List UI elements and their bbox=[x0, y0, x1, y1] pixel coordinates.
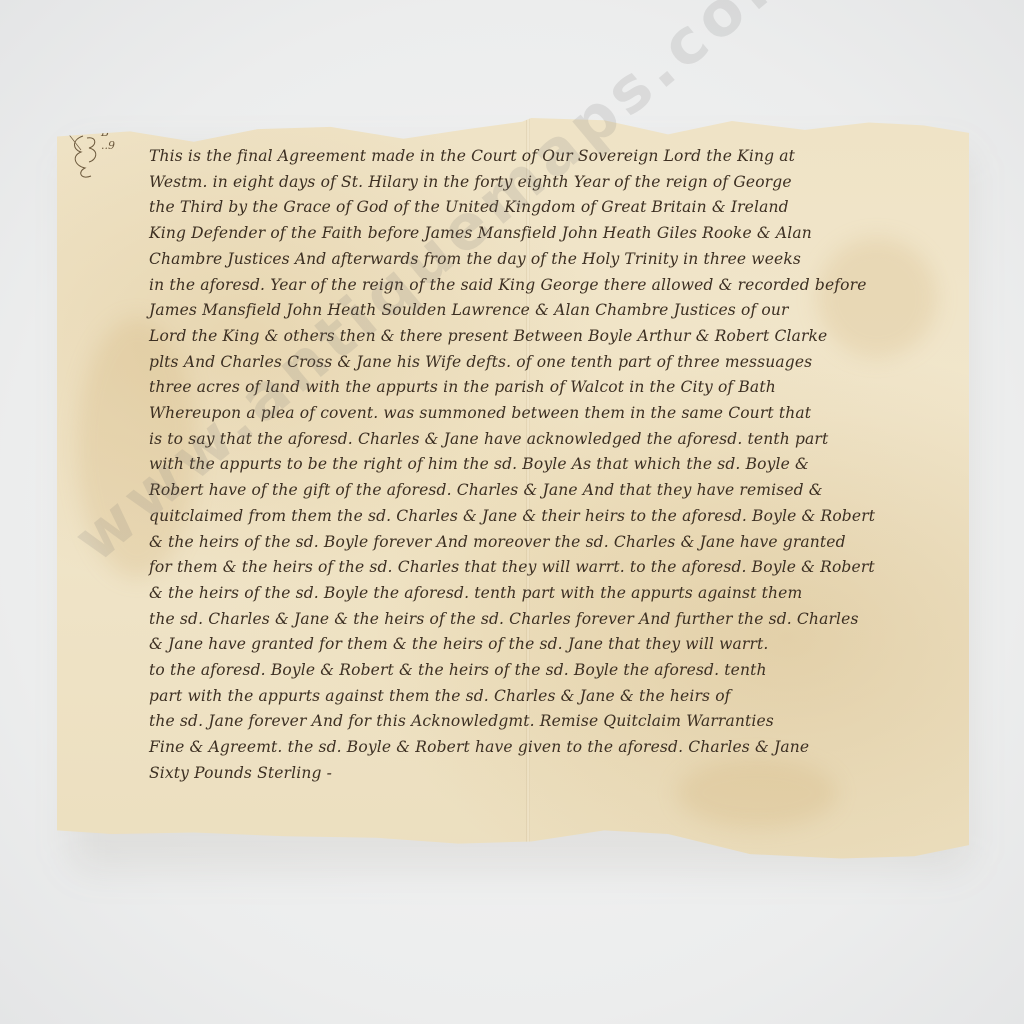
text-line: This is the final Agreement made in the … bbox=[149, 144, 959, 170]
text-line-closing: Sixty Pounds Sterling - bbox=[149, 761, 959, 787]
text-line: plts And Charles Cross & Jane his Wife d… bbox=[149, 350, 959, 376]
text-line: & the heirs of the sd. Boyle forever And… bbox=[149, 530, 959, 556]
text-line: Fine & Agreemt. the sd. Boyle & Robert h… bbox=[149, 735, 959, 761]
corner-mark: B ..9 bbox=[101, 126, 118, 152]
corner-flourish-mark: B ..9 bbox=[63, 126, 118, 181]
handwritten-text: This is the final Agreement made in the … bbox=[149, 144, 959, 787]
text-line: in the aforesd. Year of the reign of the… bbox=[149, 273, 959, 299]
text-line: Whereupon a plea of covent. was summoned… bbox=[149, 401, 959, 427]
text-line: is to say that the aforesd. Charles & Ja… bbox=[149, 427, 959, 453]
text-line: with the appurts to be the right of him … bbox=[149, 452, 959, 478]
parchment-document: B ..9 This is the final Agreement made i… bbox=[57, 118, 969, 860]
text-line: Chambre Justices And afterwards from the… bbox=[149, 247, 959, 273]
text-line: the sd. Charles & Jane & the heirs of th… bbox=[149, 607, 959, 633]
text-line: & Jane have granted for them & the heirs… bbox=[149, 632, 959, 658]
text-line: & the heirs of the sd. Boyle the aforesd… bbox=[149, 581, 959, 607]
text-line: for them & the heirs of the sd. Charles … bbox=[149, 555, 959, 581]
text-line: King Defender of the Faith before James … bbox=[149, 221, 959, 247]
text-line: the Third by the Grace of God of the Uni… bbox=[149, 195, 959, 221]
text-line: part with the appurts against them the s… bbox=[149, 684, 959, 710]
text-line: Westm. in eight days of St. Hilary in th… bbox=[149, 170, 959, 196]
text-line: to the aforesd. Boyle & Robert & the hei… bbox=[149, 658, 959, 684]
text-line: three acres of land with the appurts in … bbox=[149, 375, 959, 401]
text-line: the sd. Jane forever And for this Acknow… bbox=[149, 709, 959, 735]
text-line: Robert have of the gift of the aforesd. … bbox=[149, 478, 959, 504]
text-line: Lord the King & others then & there pres… bbox=[149, 324, 959, 350]
text-line: James Mansfield John Heath Soulden Lawre… bbox=[149, 298, 959, 324]
text-line: quitclaimed from them the sd. Charles & … bbox=[149, 504, 959, 530]
